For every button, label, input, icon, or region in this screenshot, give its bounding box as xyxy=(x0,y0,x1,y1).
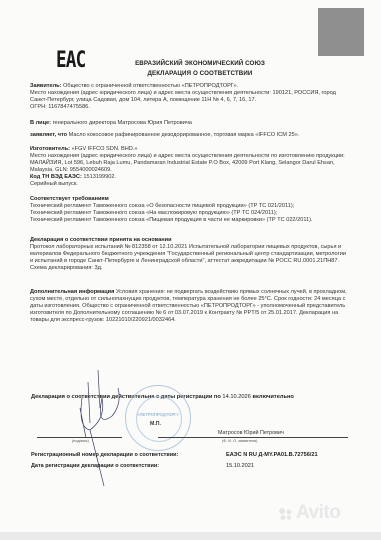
declares-section: заявляет, что Масло кокосовое рафинирова… xyxy=(30,132,350,139)
represented-label: В лице: xyxy=(30,120,51,126)
hs-code-label: Код ТН ВЭД ЕАЭС: xyxy=(30,174,82,180)
release-type: Серийный выпуск. xyxy=(30,181,78,187)
declaration-page: ЕАС ЕВРАЗИЙСКИЙ ЭКОНОМИЧЕСКИЙ СОЮЗ ДЕКЛА… xyxy=(0,0,381,540)
stamp-inner-ring xyxy=(136,396,182,442)
signer-caption: (Ф. И. О. заявителя) xyxy=(222,439,257,443)
declares-value: Масло кокосовое рафинированное дезодорир… xyxy=(69,132,300,138)
document-title: ДЕКЛАРАЦИЯ О СООТВЕТСТВИИ xyxy=(100,70,300,77)
declares-label: заявляет, что xyxy=(30,132,67,138)
signature-line xyxy=(37,437,122,438)
validity-suffix: включительно xyxy=(252,394,293,400)
registration-date-label: Дата регистрации декларации о соответств… xyxy=(31,463,159,469)
manufacturer-section: Изготовитель: «FGV IFFCO SDN. BHD.» Мест… xyxy=(30,146,350,187)
represented-by: В лице: генерального директора Матросова… xyxy=(30,120,350,127)
requirements-section: Соответствует требованиям Технический ре… xyxy=(30,196,350,224)
redacted-block xyxy=(318,8,364,56)
signer-name: Матросов Юрий Петрович xyxy=(218,430,284,436)
basis-section: Декларация о соответствии принята на осн… xyxy=(30,237,350,272)
registration-date-value: 15.10.2021 xyxy=(226,463,254,469)
manufacturer-address: Место нахождения (адрес юридического лиц… xyxy=(30,153,345,173)
applicant-name: Общество с ограниченной ответственностью… xyxy=(63,83,238,89)
requirement-item: Технический регламент Таможенного союза … xyxy=(30,203,294,209)
manufacturer-label: Изготовитель: xyxy=(30,146,70,152)
stamp-name: «ПЕТРОПРОДТОРГ» xyxy=(129,412,187,417)
name-line xyxy=(158,437,348,438)
basis-scheme: Схема декларирования: 3д. xyxy=(30,265,102,271)
avito-watermark: Avito xyxy=(296,502,340,524)
hs-code-value: 1513199902. xyxy=(83,174,116,180)
eac-logo-icon: ЕАС xyxy=(56,50,85,72)
applicant-section: Заявитель: Общество с ограниченной ответ… xyxy=(30,83,350,111)
signature-caption: (подпись) xyxy=(72,439,89,443)
applicant-ogrn: ОГРН: 1167847475586. xyxy=(30,104,90,110)
basis-value: Протокол лабораторных испытаний № 812358… xyxy=(30,244,346,264)
page-bottom-edge xyxy=(0,532,381,540)
stamp-place-label: М.П. xyxy=(150,421,161,427)
avito-logo-icon xyxy=(278,507,294,521)
company-stamp: «ПЕТРОПРОДТОРГ» xyxy=(125,385,191,451)
requirement-item: Технический регламент Таможенного союза … xyxy=(30,210,277,216)
registration-number-label: Регистрационный номер декларации о соотв… xyxy=(31,452,178,458)
additional-info-section: Дополнительная информация Условия хранен… xyxy=(30,289,350,324)
manufacturer-name: «FGV IFFCO SDN. BHD.» xyxy=(72,146,138,152)
handwritten-signature-icon xyxy=(60,368,130,488)
basis-label: Декларация о соответствии принята на осн… xyxy=(30,237,172,243)
applicant-address: Место нахождения (адрес юридического лиц… xyxy=(30,90,336,103)
represented-value: генерального директора Матросова Юрия Пе… xyxy=(53,120,192,126)
requirements-label: Соответствует требованиям xyxy=(30,196,109,202)
validity-date: 14.10.2026 xyxy=(222,394,250,400)
additional-label: Дополнительная информация xyxy=(30,289,114,295)
applicant-label: Заявитель: xyxy=(30,83,61,89)
registration-number-value: ЕАЭС N RU Д-MY.РА01.В.72756/21 xyxy=(226,452,318,458)
union-title: ЕВРАЗИЙСКИЙ ЭКОНОМИЧЕСКИЙ СОЮЗ xyxy=(100,60,300,67)
requirement-item: Технический регламент Таможенного союза … xyxy=(30,217,313,223)
